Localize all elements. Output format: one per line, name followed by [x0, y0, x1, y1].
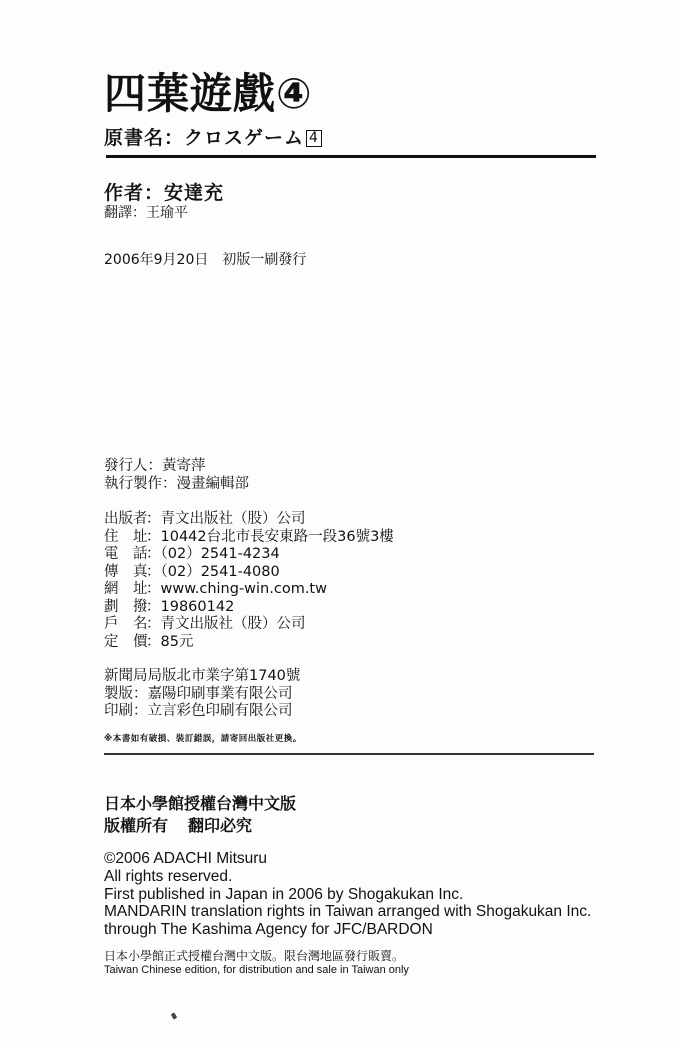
damage-note: ※本書如有破損、裝訂錯誤，請寄回出版社更換。: [104, 732, 302, 744]
website-url: www.ching-win.com.tw: [161, 581, 327, 597]
original-title: 原書名：クロスゲーム4: [104, 126, 322, 150]
price: 85元: [161, 634, 194, 650]
credit-line: All rights reserved.: [104, 868, 591, 886]
credit-line: through The Kashima Agency for JFC/BARDO…: [104, 921, 591, 939]
english-credits: ©2006 ADACHI Mitsuru All rights reserved…: [104, 850, 591, 939]
top-divider: [106, 155, 596, 158]
staff-list: 發行人：黃寄萍 執行製作：漫畫編輯部: [104, 458, 249, 493]
edition-text: 初版一刷發行: [222, 252, 306, 268]
rights-line: 版權所有翻印必究: [104, 815, 296, 837]
middle-divider: [104, 753, 594, 755]
credit-line: First published in Japan in 2006 by Shog…: [104, 886, 591, 904]
publication-date-line: 2006年9月20日初版一刷發行: [104, 249, 306, 269]
publisher-info-row: 電 話：（02）2541-4234: [104, 546, 394, 564]
license-block: 日本小學館授權台灣中文版 版權所有翻印必究: [104, 793, 296, 837]
registration-row: 製版：嘉陽印刷事業有限公司: [104, 686, 300, 704]
distribution-note-zh: 日本小學館正式授權台灣中文版。限台灣地區發行販賣。: [104, 947, 404, 964]
registration-row: 新聞局局版北市業字第1740號: [104, 668, 300, 686]
publisher-info-row: 戶 名：青文出版社（股）公司: [104, 616, 394, 634]
registration-list: 新聞局局版北市業字第1740號 製版：嘉陽印刷事業有限公司 印刷：立言彩色印刷有…: [104, 668, 300, 721]
credit-line: MANDARIN translation rights in Taiwan ar…: [104, 903, 591, 921]
publisher-info-row: 劃 撥：19860142: [104, 599, 394, 617]
publication-date: 2006年9月20日: [104, 252, 208, 268]
publisher-info-row: 傳 真：（02）2541-4080: [104, 564, 394, 582]
staff-row: 執行製作：漫畫編輯部: [104, 476, 249, 494]
translator-line: 翻譯：王瑜平: [104, 202, 188, 222]
scan-speck: [171, 1012, 177, 1019]
publisher-info-row: 出版者：青文出版社（股）公司: [104, 511, 394, 529]
publisher-info-list: 出版者：青文出版社（股）公司 住 址：10442台北市長安東路一段36號3樓 電…: [104, 511, 394, 651]
author-line: 作者：安達充: [104, 178, 224, 205]
original-title-label: 原書名：クロスゲーム: [104, 127, 304, 149]
book-title: 四葉遊戲④: [104, 70, 313, 118]
volume-box: 4: [306, 130, 322, 147]
staff-row: 發行人：黃寄萍: [104, 458, 249, 476]
credit-line: ©2006 ADACHI Mitsuru: [104, 850, 591, 868]
license-line: 日本小學館授權台灣中文版: [104, 793, 296, 815]
publisher-info-row: 網 址：www.ching-win.com.tw: [104, 581, 394, 599]
registration-row: 印刷：立言彩色印刷有限公司: [104, 703, 300, 721]
publisher-info-row: 定 價：85元: [104, 634, 394, 652]
distribution-note-en: Taiwan Chinese edition, for distribution…: [104, 964, 409, 976]
publisher-info-row: 住 址：10442台北市長安東路一段36號3樓: [104, 529, 394, 547]
